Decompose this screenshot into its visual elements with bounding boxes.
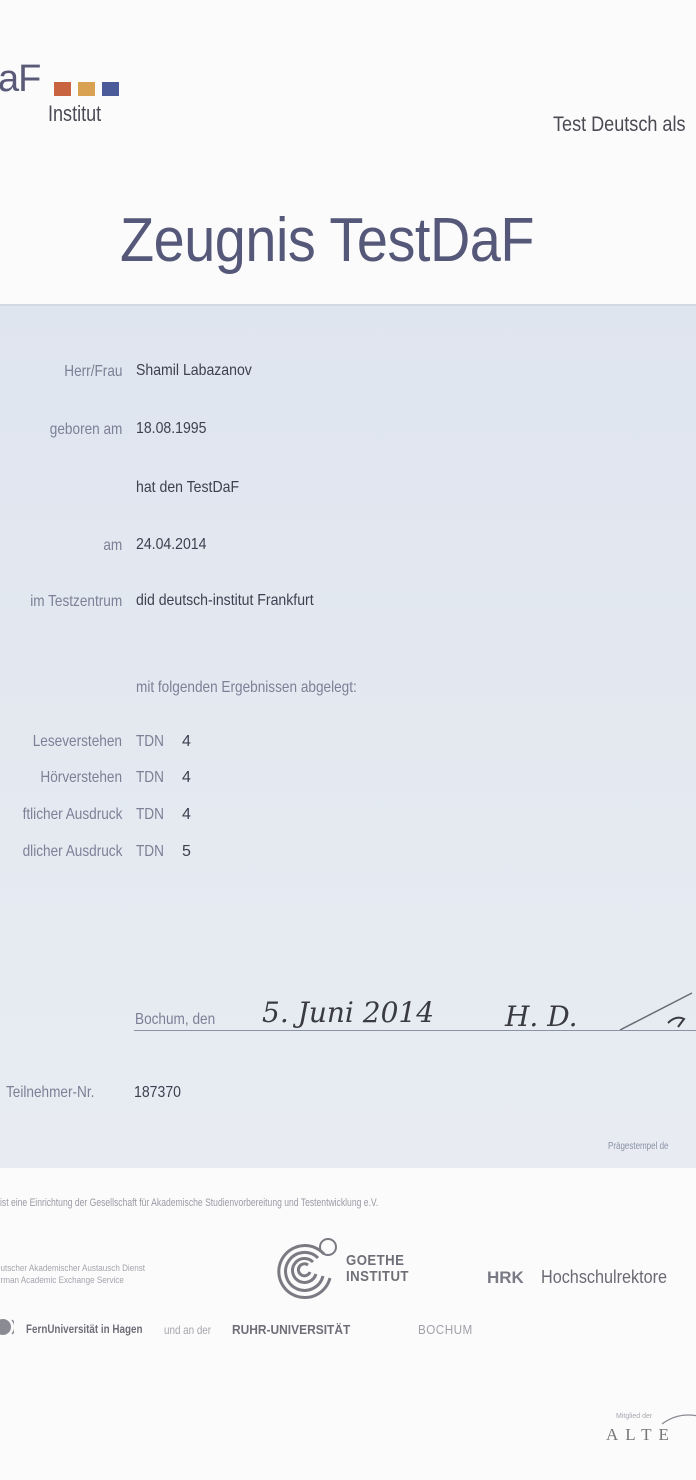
result-prefix: TDN [136,733,164,751]
fernuniversitaet-text: FernUniversität in Hagen [26,1322,142,1336]
certificate-title: Zeugnis TestDaF [120,205,534,276]
tagline: Test Deutsch als [553,113,686,137]
logo-square-orange [54,82,71,96]
und-an-der-text: und an der [164,1323,211,1337]
daad-line-1: eutscher Akademischer Austausch Dienst [0,1262,145,1274]
goethe-institut-text: GOETHE INSTITUT [346,1253,409,1285]
logo-square-blue [102,82,119,96]
goethe-line-1: GOETHE [346,1253,409,1269]
result-level-listening: 4 [182,769,191,787]
bochum-text: BOCHUM [418,1322,473,1337]
result-section-reading: Leseverstehen [33,733,122,751]
fernuniversitaet-logo-icon [0,1316,14,1338]
value-name: Shamil Labazanov [136,362,252,380]
label-name: Herr/Frau [64,363,122,381]
value-test-center: did deutsch-institut Frankfurt [136,592,314,610]
alte-member-label: Mitglied der [616,1413,652,1420]
issue-date-handwritten: 5. Juni 2014 [262,996,434,1029]
result-section-listening: Hörverstehen [40,769,122,787]
result-prefix: TDN [136,806,164,824]
value-test-date: 24.04.2014 [136,536,206,554]
result-prefix: TDN [136,843,164,861]
testdaf-logo-text: aF [0,60,40,98]
ruhr-universitaet-text: RUHR-UNIVERSITÄT [232,1322,350,1337]
participant-label: Teilnehmer-Nr. [6,1084,94,1102]
signature-stroke [580,985,696,1045]
goethe-line-2: INSTITUT [346,1269,409,1285]
embossed-stamp-note: Prägestempel de [608,1141,668,1152]
label-test-date: am [103,537,122,555]
place-label: Bochum, den [135,1011,215,1029]
value-birthdate: 18.08.1995 [136,420,206,438]
result-section-writing: ftlicher Ausdruck [22,806,122,824]
daad-line-2: erman Academic Exchange Service [0,1274,145,1286]
result-level-speaking: 5 [182,843,191,861]
result-section-speaking: dlicher Ausdruck [22,843,122,861]
hrk-name: Hochschulrektore [541,1267,667,1288]
results-intro: mit folgenden Ergebnissen abgelegt: [136,679,357,697]
institution-line: ist eine Einrichtung der Gesellschaft fü… [0,1197,378,1209]
result-prefix: TDN [136,769,164,787]
value-hat-den-testdaf: hat den TestDaF [136,479,239,497]
signature: H. D. [505,1000,578,1033]
daad-logo-text: eutscher Akademischer Austausch Dienst e… [0,1262,145,1286]
goethe-institut-emblem-icon [272,1234,344,1306]
result-level-reading: 4 [182,733,191,751]
label-birthdate: geboren am [49,421,122,439]
participant-number: 187370 [134,1084,181,1102]
result-level-writing: 4 [182,806,191,824]
logo-subtitle: Institut [48,101,101,127]
label-test-center: im Testzentrum [30,593,122,611]
logo-square-yellow [78,82,95,96]
alte-logo-text: ALTE [606,1425,676,1445]
signature-line [134,1030,696,1031]
hrk-abbreviation: HRK [487,1268,524,1288]
